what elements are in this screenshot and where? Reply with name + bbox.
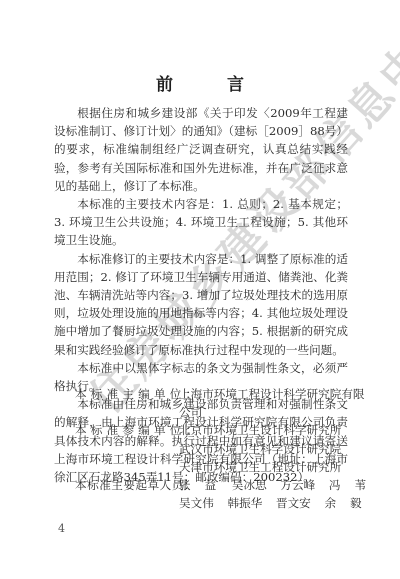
page-title: 前 言 <box>0 70 400 95</box>
participating-units-values: 北京市环境卫生设计科学研究所 武汉市环境卫生科学设计研究院 天津市环境卫生工程设… <box>179 421 365 476</box>
chief-unit-line: 公司 <box>179 403 365 421</box>
drafters-line-2: 吴文伟 韩振华 晋文安 余毅 <box>179 494 378 512</box>
chief-unit-line: 上海市环境工程设计科学研究院有限 <box>179 385 365 403</box>
drafter-name: 余毅 <box>324 494 375 512</box>
chief-unit-row: 本标准主编单位： 上海市环境工程设计科学研究院有限 公司 <box>75 385 365 421</box>
participating-unit: 武汉市环境卫生科学设计研究院 <box>179 440 365 458</box>
participating-unit: 天津市环境卫生工程设计研究所 <box>179 458 365 476</box>
drafters-values: 张益 吴冰思 方云峰 冯苇 吴文伟 韩振华 晋文安 余毅 <box>179 476 378 512</box>
drafter-name: 韩振华 <box>227 494 262 512</box>
drafter-name: 张益 <box>179 476 230 494</box>
participating-units-row: 本标准参编单位： 北京市环境卫生设计科学研究所 武汉市环境卫生科学设计研究院 天… <box>75 421 365 476</box>
paragraph-revisions: 本标准修订的主要技术内容是：1. 调整了原标准的适用范围；2. 修订了环境卫生车… <box>54 250 348 359</box>
paragraph-background: 根据住房和城乡建设部《关于印发〈2009年工程建设标准制订、修订计划〉的通知》（… <box>54 104 348 195</box>
participating-units-label: 本标准参编单位： <box>75 421 179 439</box>
participating-unit: 北京市环境卫生设计科学研究所 <box>179 421 365 439</box>
paragraph-main-content: 本标准的主要技术内容是：1. 总则；2. 基本规定；3. 环境卫生公共设施；4.… <box>54 195 348 250</box>
drafters-line-1: 张益 吴冰思 方云峰 冯苇 <box>179 476 378 494</box>
document-page: 住房城乡建设部信息中心浏览专用 前 言 根据住房和城乡建设部《关于印发〈2009… <box>0 0 400 579</box>
drafters-row: 本标准主要起草人员： 张益 吴冰思 方云峰 冯苇 吴文伟 韩振华 晋文安 余毅 <box>75 476 365 512</box>
drafter-name: 方云峰 <box>280 476 315 494</box>
page-number: 4 <box>58 522 65 535</box>
drafter-name: 吴文伟 <box>179 494 214 512</box>
chief-unit-values: 上海市环境工程设计科学研究院有限 公司 <box>179 385 365 421</box>
drafter-name: 晋文安 <box>276 494 311 512</box>
drafter-name: 吴冰思 <box>232 476 267 494</box>
drafter-name: 冯苇 <box>329 476 380 494</box>
drafters-label: 本标准主要起草人员： <box>75 476 179 494</box>
credits-block: 本标准主编单位： 上海市环境工程设计科学研究院有限 公司 本标准参编单位： 北京… <box>75 385 365 512</box>
chief-unit-label: 本标准主编单位： <box>75 385 179 403</box>
